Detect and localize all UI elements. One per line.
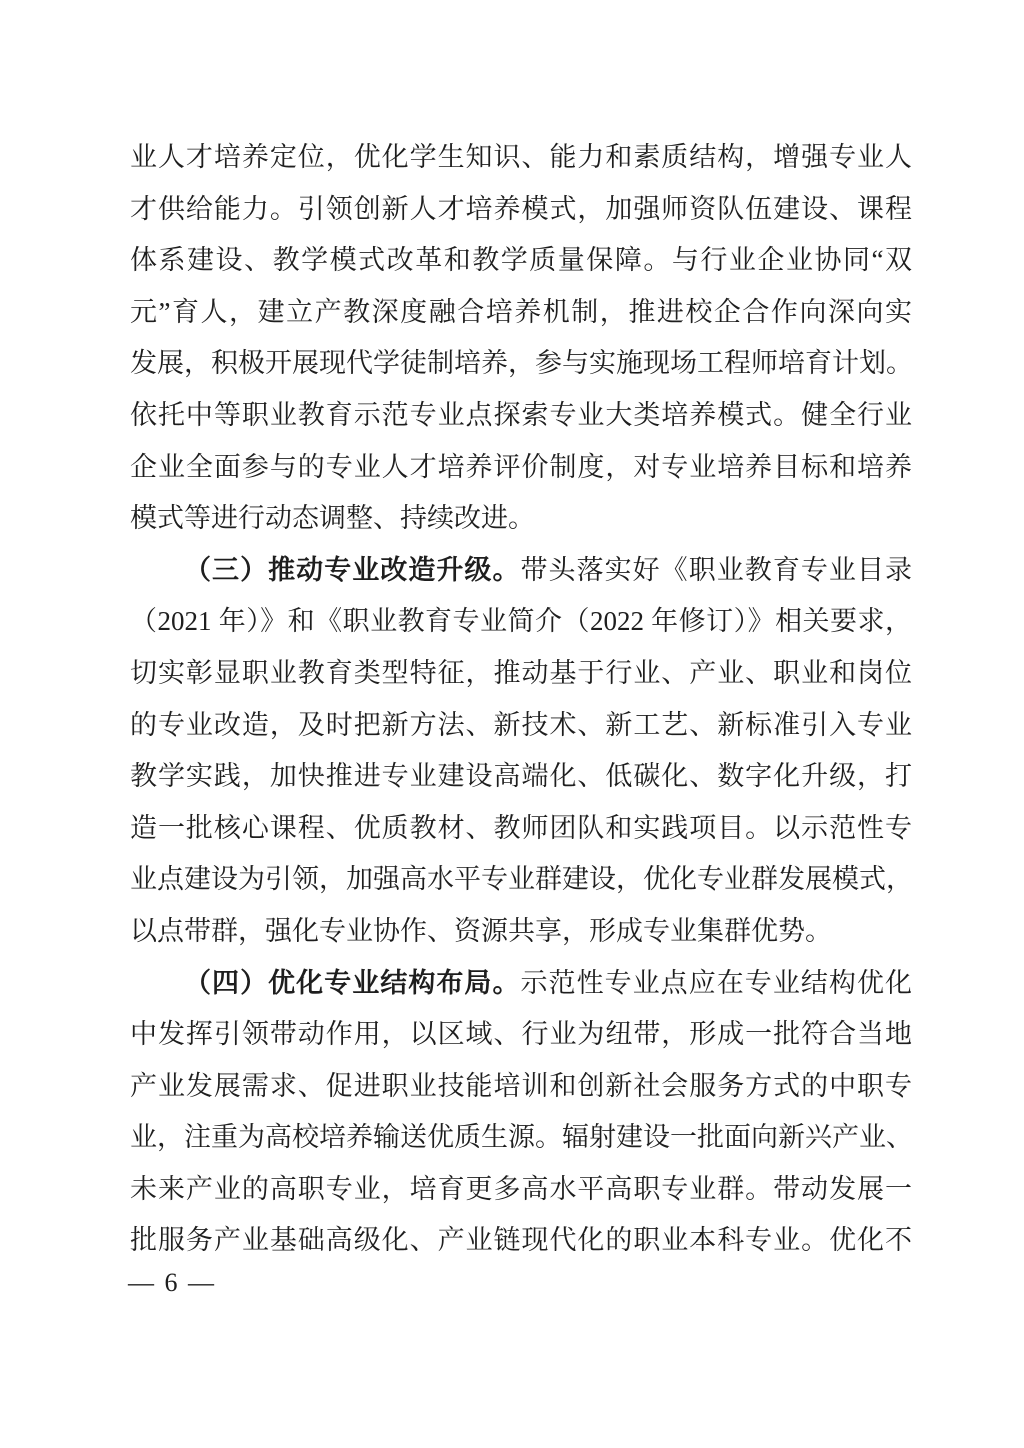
document-body: 业人才培养定位，优化学生知识、能力和素质结构，增强专业人才供给能力。引领创新人才… bbox=[130, 132, 912, 1267]
text-line: （三）推动专业改造升级。带头落实好《职业教育专业目录 bbox=[130, 545, 912, 597]
text-line: （2021 年）》和《职业教育专业简介（2022 年修订）》相关要求， bbox=[130, 596, 912, 648]
body-text-segment: 示范性专业点应在专业结构优化 bbox=[520, 968, 912, 998]
section-heading: （三）推动专业改造升级。 bbox=[184, 555, 520, 585]
body-text-segment: 体系建设、教学模式改革和教学质量保障。与行业企业协同“双 bbox=[130, 245, 912, 275]
text-line: 中发挥引领带动作用，以区域、行业为纽带，形成一批符合当地 bbox=[130, 1009, 912, 1061]
body-text-segment: 产业发展需求、促进职业技能培训和创新社会服务方式的中职专 bbox=[130, 1071, 912, 1101]
body-text-segment: 教学实践，加快推进专业建设高端化、低碳化、数字化升级，打 bbox=[130, 761, 912, 791]
text-line: 业点建设为引领，加强高水平专业群建设，优化专业群发展模式， bbox=[130, 854, 912, 906]
body-text-segment: 元”育人，建立产教深度融合培养机制，推进校企合作向深向实 bbox=[130, 297, 912, 327]
body-text-segment: 切实彰显职业教育类型特征，推动基于行业、产业、职业和岗位 bbox=[130, 658, 912, 688]
text-line: 体系建设、教学模式改革和教学质量保障。与行业企业协同“双 bbox=[130, 235, 912, 287]
text-line: 依托中等职业教育示范专业点探索专业大类培养模式。健全行业 bbox=[130, 390, 912, 442]
body-text-segment: 的专业改造，及时把新方法、新技术、新工艺、新标准引入专业 bbox=[130, 710, 912, 740]
body-text-segment: 带头落实好《职业教育专业目录 bbox=[520, 555, 912, 585]
body-text-segment: 发展，积极开展现代学徒制培养，参与实施现场工程师培育计划。 bbox=[130, 348, 913, 378]
section-heading: （四）优化专业结构布局。 bbox=[184, 968, 520, 998]
text-line: 才供给能力。引领创新人才培养模式，加强师资队伍建设、课程 bbox=[130, 184, 912, 236]
text-line: 切实彰显职业教育类型特征，推动基于行业、产业、职业和岗位 bbox=[130, 648, 912, 700]
text-line: 的专业改造，及时把新方法、新技术、新工艺、新标准引入专业 bbox=[130, 700, 912, 752]
body-text-segment: （2021 年）》和《职业教育专业简介（2022 年修订）》相关要求， bbox=[130, 606, 912, 636]
body-text-segment: 企业全面参与的专业人才培养评价制度，对专业培养目标和培养 bbox=[130, 452, 912, 482]
body-text-segment: 业，注重为高校培养输送优质生源。辐射建设一批面向新兴产业、 bbox=[130, 1122, 913, 1152]
body-text-segment: 业人才培养定位，优化学生知识、能力和素质结构，增强专业人 bbox=[130, 142, 912, 172]
text-line: 业，注重为高校培养输送优质生源。辐射建设一批面向新兴产业、 bbox=[130, 1112, 912, 1164]
body-text-segment: 模式等进行动态调整、持续改进。 bbox=[130, 503, 535, 533]
text-line: 元”育人，建立产教深度融合培养机制，推进校企合作向深向实 bbox=[130, 287, 912, 339]
body-text-segment: 批服务产业基础高级化、产业链现代化的职业本科专业。优化不 bbox=[130, 1225, 912, 1255]
text-line: 产业发展需求、促进职业技能培训和创新社会服务方式的中职专 bbox=[130, 1061, 912, 1113]
text-line: 未来产业的高职专业，培育更多高水平高职专业群。带动发展一 bbox=[130, 1164, 912, 1216]
body-text-segment: 才供给能力。引领创新人才培养模式，加强师资队伍建设、课程 bbox=[130, 194, 912, 224]
body-text-segment: 业点建设为引领，加强高水平专业群建设，优化专业群发展模式， bbox=[130, 864, 913, 894]
page-number: — 6 — bbox=[128, 1263, 216, 1303]
text-line: 以点带群，强化专业协作、资源共享，形成专业集群优势。 bbox=[130, 906, 912, 958]
text-line: 模式等进行动态调整、持续改进。 bbox=[130, 493, 912, 545]
document-page: 业人才培养定位，优化学生知识、能力和素质结构，增强专业人才供给能力。引领创新人才… bbox=[0, 0, 1024, 1448]
text-line: 造一批核心课程、优质教材、教师团队和实践项目。以示范性专 bbox=[130, 803, 912, 855]
text-line: 发展，积极开展现代学徒制培养，参与实施现场工程师培育计划。 bbox=[130, 338, 912, 390]
body-text-segment: 依托中等职业教育示范专业点探索专业大类培养模式。健全行业 bbox=[130, 400, 912, 430]
text-line: 批服务产业基础高级化、产业链现代化的职业本科专业。优化不 bbox=[130, 1215, 912, 1267]
text-line: 企业全面参与的专业人才培养评价制度，对专业培养目标和培养 bbox=[130, 442, 912, 494]
text-line: （四）优化专业结构布局。示范性专业点应在专业结构优化 bbox=[130, 958, 912, 1010]
text-line: 业人才培养定位，优化学生知识、能力和素质结构，增强专业人 bbox=[130, 132, 912, 184]
text-line: 教学实践，加快推进专业建设高端化、低碳化、数字化升级，打 bbox=[130, 751, 912, 803]
body-text-segment: 以点带群，强化专业协作、资源共享，形成专业集群优势。 bbox=[130, 916, 832, 946]
body-text-segment: 中发挥引领带动作用，以区域、行业为纽带，形成一批符合当地 bbox=[130, 1019, 912, 1049]
body-text-segment: 造一批核心课程、优质教材、教师团队和实践项目。以示范性专 bbox=[130, 813, 912, 843]
body-text-segment: 未来产业的高职专业，培育更多高水平高职专业群。带动发展一 bbox=[130, 1174, 912, 1204]
